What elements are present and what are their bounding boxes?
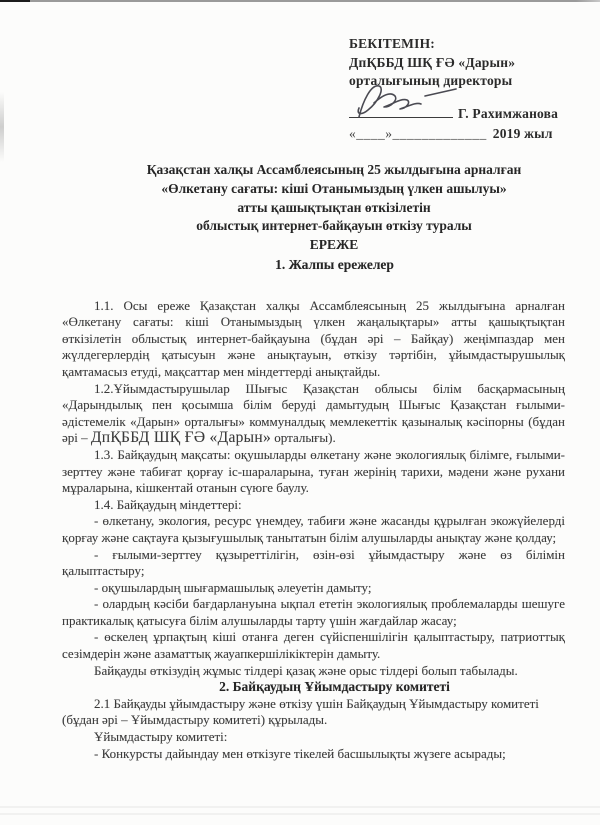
document-title-block: Қазақстан халқы Ассамблеясының 25 жылдығ…: [63, 161, 563, 255]
scan-smudge-left: [0, 92, 4, 162]
date-blank-line: «____»_____________: [349, 126, 487, 141]
title-line-2: «Өлкетану сағаты: кіші Отанымыздың үлкен…: [105, 180, 563, 199]
paragraph-1-3: 1.3. Байқаудың мақсаты: оқушыларды өлкет…: [62, 447, 565, 497]
approval-block: БЕКІТЕМІН: ДпҚББД ШҚ ҒӘ «Дарын» орталығы…: [349, 35, 579, 143]
date-row: «____»_____________2019 жыл: [349, 125, 579, 144]
title-line-1: Қазақстан халқы Ассамблеясының 25 жылдығ…: [105, 161, 563, 180]
scan-edge-artifact-top: [0, 0, 600, 2]
paragraph-2-1: 2.1 Байқауды ұйымдастыру және өткізу үші…: [62, 696, 565, 729]
signature-line: [349, 104, 453, 118]
section-1-heading: 1. Жалпы ережелер: [62, 257, 565, 274]
title-line-5: ЕРЕЖЕ: [105, 236, 563, 255]
signature-scribble-icon: [343, 79, 473, 123]
approval-organization: ДпҚББД ШҚ ҒӘ «Дарын»: [349, 54, 579, 73]
approval-label: БЕКІТЕМІН:: [349, 35, 579, 54]
paragraph-1-2: 1.2.Ұйымдастырушылар Шығыс Қазақстан обл…: [62, 381, 565, 447]
working-languages-line: Байқауды өткізудің жұмыс тілдері қазақ ж…: [62, 663, 565, 680]
objective-item-5: - өскелең ұрпақтың кіші отанға деген сүй…: [62, 629, 565, 662]
orgcommittee-intro: Ұйымдастыру комитеті:: [62, 729, 565, 746]
signature-name: Г. Рахимжанова: [458, 106, 558, 121]
paragraph-1-1: 1.1. Осы ереже Қазақстан халқы Ассамблея…: [62, 298, 565, 381]
objective-item-1: - өлкетану, экология, ресурс үнемдеу, та…: [62, 513, 565, 546]
signature-row: Г. Рахимжанова: [349, 104, 579, 124]
paragraph-1-2-abbreviation: ДпҚББД ШҚ ҒӘ «Дарын»: [91, 429, 271, 446]
scanned-document-page: БЕКІТЕМІН: ДпҚББД ШҚ ҒӘ «Дарын» орталығы…: [0, 0, 600, 825]
document-body: 1. Жалпы ережелер 1.1. Осы ереже Қазақст…: [62, 257, 565, 762]
section-2-heading: 2. Байқаудың Ұйымдастыру комитеті: [62, 679, 565, 696]
objective-item-4: - олардың кәсіби бағдарлануына ықпал ете…: [62, 596, 565, 629]
paragraph-1-2-tail: орталығы).: [271, 430, 336, 445]
date-year: 2019 жыл: [493, 126, 553, 141]
paragraph-1-4-intro: 1.4. Байқаудың міндеттері:: [62, 497, 565, 514]
title-line-4: облыстық интернет-байқауын өткізу туралы: [105, 217, 563, 236]
objective-item-3: - оқушылардың шығармашылық әлеуетін дамы…: [62, 580, 565, 597]
objective-item-2: - ғылыми-зерттеу құзыреттілігін, өзін-өз…: [62, 547, 565, 580]
scan-streak-bottom: [0, 806, 600, 820]
orgcommittee-item-1: - Конкурсты дайындау мен өткізуге тікеле…: [62, 746, 565, 763]
title-line-3: атты қашықтықтан өткізілетін: [105, 199, 563, 218]
